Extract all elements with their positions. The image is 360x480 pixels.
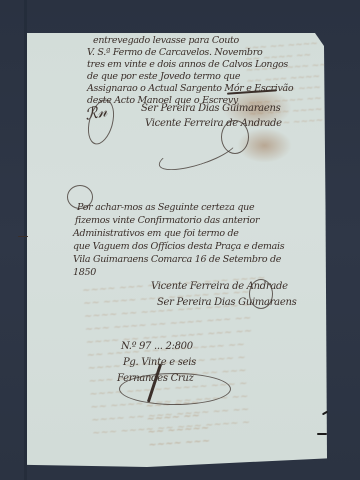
annotation-line: Pg. Vinte e seis	[107, 355, 196, 371]
signature-line: Vicente Ferreira de Andrade	[151, 279, 296, 295]
signature-line: Ser Pereira Dias Guimaraens	[151, 295, 296, 311]
signature-line: Vicente Ferreira de Andrade	[141, 116, 282, 131]
middle-signature-block: Vicente Ferreira de Andrade Ser Pereira …	[151, 279, 296, 311]
text-line: tres em vinte e dois annos de Calvos Lon…	[87, 59, 293, 71]
top-text-block: entrevegado levasse para Couto V. S.ª Fe…	[87, 35, 293, 107]
text-line: fizemos vinte Confirmatorio das anterior	[73, 214, 284, 227]
manuscript-page: ~~~ ~~ ~~~~~~ ~~~~ ~~~~~~~ ~~~ ~~~~ ~~~ …	[27, 33, 327, 467]
text-line: que Vaguem dos Offícios desta Praça e de…	[73, 240, 284, 253]
middle-text-block: Por achar-mos as Seguinte certeza que fi…	[73, 201, 284, 279]
text-line: Assignarao o Actual Sargento Mór e Escri…	[87, 83, 293, 95]
backdrop-seam	[24, 0, 27, 480]
signature-underline-flourish	[155, 129, 240, 177]
text-line: de que por este Jovedo termo que	[87, 71, 293, 83]
text-line: entrevegado levasse para Couto	[87, 35, 293, 47]
text-line: V. S.ª Fermo de Carcavelos. Novembro	[87, 47, 293, 59]
edge-ink-mark	[317, 433, 327, 435]
signature-flourish	[249, 279, 273, 309]
annotation-line: N.º 97 ... 2:800	[107, 339, 196, 355]
text-line: Vila Guimaraens Comarca 16 de Setembro d…	[73, 253, 284, 266]
signature-line: Ser Pereira Dias Guimaraens	[141, 101, 282, 116]
text-line: Por achar-mos as Seguinte certeza que	[73, 201, 284, 214]
bottom-flourish	[119, 373, 231, 405]
text-line: 1850	[73, 266, 284, 279]
top-signature-block: Ser Pereira Dias Guimaraens Vicente Ferr…	[141, 101, 282, 131]
edge-ink-mark	[18, 236, 28, 237]
text-line: Administrativos em que foi termo de	[73, 227, 284, 240]
